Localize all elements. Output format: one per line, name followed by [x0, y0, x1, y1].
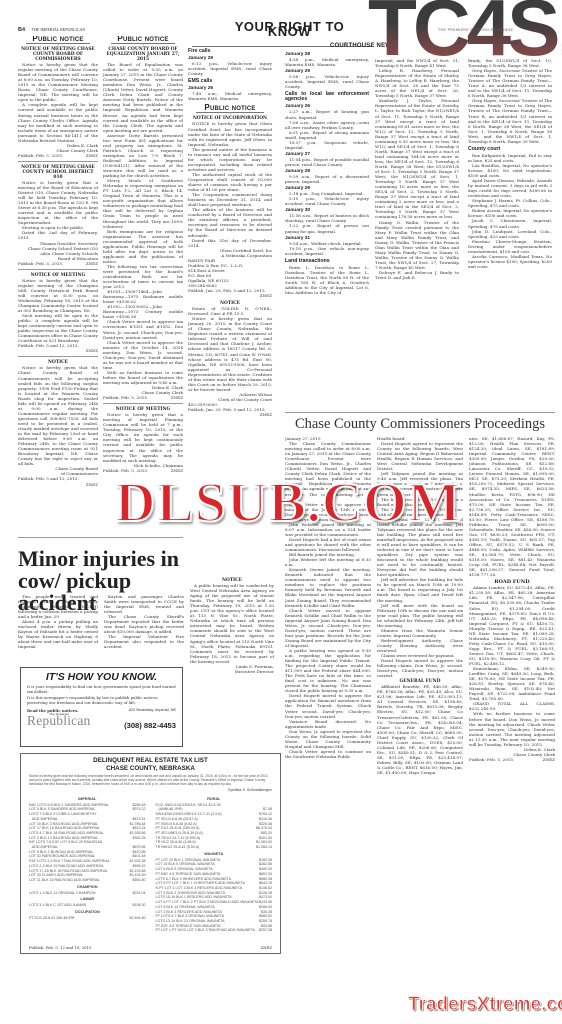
divider [18, 161, 98, 162]
publish-date: Publish: Feb. 5, 2015. [469, 757, 514, 762]
publish-line: Publish: Feb. 5, 2015.ZNEZ [18, 261, 98, 266]
tax-amount: $302.25 [133, 836, 146, 841]
proceedings-paragraph: Minutes from the Wauneta Senior Center, … [377, 628, 463, 638]
call-entry: 4:58 p.m., Medical emergency, Wauneta EM… [285, 57, 369, 67]
tax-amount: $592.80 [133, 878, 146, 883]
land-paragraph: Danny O. Wallin, Trustee of the Family T… [375, 220, 459, 270]
property-description: LOTS 3-4 BLK C 1ST ADD./LAMAR [29, 903, 86, 908]
publish-date: Publish: Feb. 5, 2015. [18, 261, 63, 266]
tax-list-intro: Notice is hereby given that the followin… [29, 774, 272, 787]
notice-paragraph: Notice is hereby given that a meeting of… [18, 180, 98, 225]
notice-paragraph: The Corporation commenced doing business… [188, 192, 272, 207]
column-6: Brady; the S1/2SW1/4 of Sect. 10, Townsh… [468, 58, 552, 410]
ad-headline: IT'S HOW YOU KNOW. [27, 671, 176, 683]
proceedings-paragraph: Variance Board discussed. No appointment… [285, 719, 371, 729]
column-5: Imperial; and the NW1/4 of Sect. 31, Tow… [375, 58, 459, 410]
property-description: TR NW1/2 25-8-41 (5.50 A) [156, 845, 200, 850]
publish-date: Publish: Feb. 5, 12 and 19, 2015 [29, 945, 91, 950]
notice-paragraph: Chuck Vetter moved to approve the minute… [103, 340, 183, 370]
court-entry: Ruben Acosta, Imperial, No operator's li… [468, 208, 552, 218]
tax-section-heading: OCCUPATION [29, 910, 146, 915]
property-description: PT LOT 1 PT W1/2 LOT 2 BLK 3 RAILROAD AD… [156, 928, 255, 933]
court-entry: John D. Lindquist, Loveland Colo., Speed… [468, 229, 552, 239]
publish-date: Publish: Feb. 5, 2015. [18, 153, 63, 158]
call-entry: 5:19 p.m., Vehicle/cow injury accident, … [285, 196, 369, 206]
publish-code: ZNEZ [86, 261, 98, 266]
tax-amount: $2,464.80 [130, 916, 146, 921]
fire-calls-heading: Fire calls [188, 49, 272, 54]
property-description: LOTS 1-4 BLK 11 ORIGINAL CHAMPION [29, 891, 96, 896]
notice-incorporation: NOTICE OF INCORPORATION NOTICE is hereby… [188, 116, 272, 298]
land-paragraph: Kimberly J. Taylor, Personal Representat… [375, 98, 459, 219]
publish-line: Publish: Feb. 5, 2015.ZNEZ [469, 757, 555, 762]
court-entry: Arcelia Carrasco, Mudland Texas, No oper… [468, 254, 552, 269]
tax-row: PT E1/2 28-8-41 266.48 IRR$2,464.80 [29, 916, 146, 921]
proceedings-paragraph: John Webster left the meeting at 8:35 a.… [285, 557, 371, 567]
column-4: January 28 4:58 p.m., Medical emergency,… [285, 50, 369, 410]
article-rule [18, 537, 183, 538]
publish-code: ZNEZ [18, 482, 98, 487]
watermark-top-tagline: THE PREMIERE FOREIGN EXCHANGE [438, 28, 513, 33]
notice-paragraph: Estate of GOLDIE D. O'NEIL, Deceased. Ca… [188, 306, 272, 316]
call-entry: 1:22 p.m., Report of person not paying f… [285, 223, 369, 233]
notice-paragraph: The Board of Equalization was called to … [103, 62, 183, 133]
court-entry: April Dawn Gleason, Palisade, Assault by… [468, 178, 552, 198]
divider [18, 356, 98, 357]
publish-code: ZNEZ [188, 293, 272, 298]
notice-paragraph: The affairs of the business will be cond… [188, 207, 272, 237]
notice-paragraph: With no further business to come before … [103, 370, 183, 385]
tax-list-right: RURALE1/2, NW1/4-N1/2SW1/4, SE1/4 32-5-3… [156, 795, 273, 933]
proceedings-paragraph: David Hogsett moved to approve the appli… [285, 693, 371, 718]
column-1: Public notice NOTICE OF MEETING CHASE CO… [18, 36, 98, 535]
publish-date: Publish: Feb. 5, 2015. [190, 674, 235, 675]
proceedings-paragraph: David Hogsett moved to approve the follo… [377, 658, 463, 678]
notice-paragraph: NOTICE is hereby given that Olsen Certif… [188, 121, 272, 146]
call-entry: 9:54 a.m., Welfare check, Imperial. [285, 241, 369, 246]
notice-paragraph: Dated this 2nd day of February, 2015. [18, 230, 98, 240]
tax-amount: $257.38 [259, 928, 272, 933]
notice-title: CHASE COUNTY BOARD OF EQUALIZATION JANUA… [103, 47, 183, 62]
call-entry: 10:37 p.m., Suspicious vehicle, Imperial… [285, 140, 369, 150]
land-paragraph: Greg Hayes, Successor Trustee of The Ger… [468, 98, 552, 143]
notice-paragraph: Notice is hereby given that a meeting of… [103, 412, 183, 462]
claims-list: nies, SE, $1,666.67; Hazard, Kay, PS, $1… [469, 436, 555, 577]
publish-code: ZNEZ [18, 348, 98, 353]
proceedings-paragraph: David Hogsett had a list of road issues … [285, 537, 371, 552]
article-paragraph: About 4 p.m. a pickup pulling an enclose… [18, 619, 98, 649]
publish-code: ZNEZ [261, 945, 272, 950]
watermark-bottom: TradersXtreme.com [408, 1002, 562, 1007]
divider [18, 269, 98, 270]
notice-paragraph: Notice is hereby given that the Chase Co… [18, 365, 98, 466]
notice-title: NOTICE OF MEETING CHASE COUNTY BOARD OF … [18, 47, 98, 62]
tax-row: LOT 11 BLK 15 RAILROAD ADD./IMPERIAL$592… [29, 878, 146, 883]
court-entry: Stephanie J. Harms, Ft. Collins, Colo., … [468, 198, 552, 208]
notice-paragraph: Notice is hereby given that the regular … [18, 278, 98, 313]
court-entry: Luz Bustillos, Imperial, No operator's l… [468, 163, 552, 178]
publish-code: ZNEZ [188, 412, 272, 417]
notice-paragraph: Mercy Meals of Southwest Nebraska is req… [103, 178, 183, 228]
notice-paragraph: Assessor Dotty Bartels presented two new… [103, 133, 183, 178]
tax-section-heading: WAUNETA [156, 852, 273, 857]
header-rule [196, 111, 264, 113]
tax-section-heading: IMPERIAL [29, 797, 146, 802]
watermark-middle: DLSUB.COM [115, 478, 462, 528]
ad-line-1: It is your responsibility to find out ho… [27, 685, 176, 695]
proceedings-paragraph: Kenneth Owens joined the meeting. Kennet… [285, 567, 371, 607]
notice-paragraph: The authorized capital stock of the Corp… [188, 172, 272, 192]
article-paragraph: Kayton and passenger Charles Smith were … [104, 594, 184, 614]
law-enforcement-heading: Calls to local law enforcement agencies [285, 92, 369, 102]
column-2: Public notice CHASE COUNTY BOARD OF EQUA… [103, 36, 183, 535]
header-rule [111, 42, 175, 44]
county-court-heading: County court [468, 147, 552, 152]
property-description: LOT 11 BLK 15 RAILROAD ADD./IMPERIAL [29, 878, 100, 883]
notice-estate: NOTICE Estate of GOLDIE D. O'NEIL, Decea… [188, 301, 272, 417]
call-entry: 7:06 a.m., Assist other agency—semi all … [285, 120, 369, 130]
proceedings-col-c: nies, SE, $1,666.67; Hazard, Kay, PS, $1… [469, 436, 555, 968]
tax-section-heading: RURAL [156, 797, 273, 802]
call-entry: 6:13 p.m., Vehicle/cow injury accident, … [188, 61, 272, 76]
land-paragraph: Roxie L. Davidson to Roxie L. Davidson, … [285, 265, 369, 295]
ad-address: 622 Broadway, Imperial, NE [129, 708, 176, 713]
notice-meeting-school: NOTICE OF MEETING CHASE COUNTY SCHOOL DI… [18, 165, 98, 266]
proceedings-paragraph: Jeff will advertise the building for bid… [377, 577, 463, 602]
proceedings-paragraph: Chuck Vetter agreed to continue on the S… [285, 749, 371, 759]
notice-title: NOTICE OF MEETING CHASE COUNTY SCHOOL DI… [18, 165, 98, 180]
article-col-a: Two people were treated and released fro… [18, 594, 98, 654]
notice-surplus-bids: NOTICE Notice is hereby given that the C… [18, 360, 98, 486]
tax-list-title: DELINQUENT REAL ESTATE TAX LIST [29, 757, 272, 765]
public-notice-header: Public notice [188, 105, 272, 110]
call-entry: 6:51 p.m., Report of strong ammonia smel… [285, 130, 369, 140]
notice-paragraph: #1052—130130052—John Baronway—1973 Centu… [103, 304, 183, 319]
article-paragraph: The Imperial Volunteer Fire Department a… [104, 634, 184, 649]
publish-code: ZNEZ [262, 674, 274, 675]
court-entry: Faustino Chavez-Monge, Stratton, Driving… [468, 239, 552, 254]
article-col-b: Kayton and passenger Charles Smith were … [104, 594, 184, 654]
divider [103, 403, 183, 404]
notice-paragraph: The general nature of the business is to… [188, 147, 272, 172]
page-number: B4 [18, 27, 25, 33]
claims-list: Kuntzelman, Eldon, SE, $249.30; Loeffler… [469, 666, 555, 701]
call-entry: 11:04 p.m., Report of possible suicidal … [285, 157, 369, 167]
call-entry: 2:27 a.m., Report of hearing gun shots, … [285, 109, 369, 119]
proceedings-paragraph: Jeff will meet with the board on Februar… [377, 603, 463, 628]
publish-code: ZNEZ [86, 153, 98, 158]
ad-phone: (308) 882-4453 [124, 723, 176, 728]
publish-date: Publish: Feb. 5, 2015. [103, 395, 148, 400]
call-entry: 9:39 a.m., Report of a disoriented perso… [285, 174, 369, 184]
ad-line-2: It is this newspaper's responsibility by… [27, 696, 176, 706]
proceedings-rule [285, 412, 555, 413]
call-entry: 5:58 p.m., Vehicle/cow injury accident, … [285, 74, 369, 89]
notice-signature: Chase County School District 010 [18, 246, 98, 251]
call-entry: 11:56 a.m., Report of hunters in ditch s… [285, 213, 369, 223]
tax-section-heading: LAMAR [29, 897, 146, 902]
tax-row: TR NW1/2 25-8-41 (5.50 A)$1,084.14 [156, 845, 273, 850]
tax-row: PT LOT 1 PT W1/2 LOT 2 BLK 3 RAILROAD AD… [156, 928, 273, 933]
logo-small: The Imperial [49, 712, 69, 717]
publication-name: THE IMPERIAL REPUBLICAN [32, 27, 86, 32]
tax-amount: $974.22 [133, 807, 146, 812]
court-entry: Jacob C. Christensen, Imperial, Speeding… [468, 218, 552, 228]
tax-amount: $224.04 [133, 891, 146, 896]
publish-line: Publish: Feb. 5, 2015.ZNEZ [103, 395, 183, 400]
land-paragraph: Delroye E. and Rebecca J. Brady to Trent… [375, 270, 459, 280]
public-notice-header: Public notice [18, 36, 98, 41]
notice-paragraph: Notice is hereby given that on January 2… [188, 316, 272, 392]
notice-paragraph: A complete agenda will be kept current a… [18, 102, 98, 142]
publish-code: ZNEZ [543, 757, 555, 762]
notice-paragraph: Notice is hereby given that the regular … [18, 62, 98, 102]
article-paragraph: The Chase County Sheriff's Department re… [104, 614, 184, 634]
tax-amount: $1,084.14 [256, 845, 272, 850]
notice-planning-commission: NOTICE OF MEETING Notice is hereby given… [103, 407, 183, 473]
grand-total: GRAND TOTAL ALL CLAIMS, $252,249.99. [469, 701, 555, 711]
call-entry: 10:18 p.m., One vehicle non-injury accid… [285, 246, 369, 256]
tax-list-signature: Cynthia S. Schoenberger [29, 788, 272, 793]
notice-paragraph: Both exemptions are for religious organi… [103, 229, 183, 264]
tax-list-publish: Publish: Feb. 5, 12 and 19, 2015 ZNEZ [29, 945, 272, 950]
call-entry: 7:49 a.m., Medical emergency, Wauneta EM… [188, 91, 272, 101]
notice-paragraph: Such meeting will be open to the public.… [18, 313, 98, 343]
notice-paragraph: The following two tax corrections were p… [103, 264, 183, 289]
tax-list-columns: IMPERIALE60' LOTS 6-8 BLK 1 SANDERS ADD.… [29, 795, 272, 933]
tax-amount: $108.30 [133, 903, 146, 908]
column-3: Fire calls January 29 6:13 p.m., Vehicle… [188, 36, 272, 536]
notice-public-hearing: NOTICE A public hearing will be conducte… [190, 575, 274, 675]
notice-board-equalization: CHASE COUNTY BOARD OF EQUALIZATION JANUA… [103, 47, 183, 400]
proceedings-paragraph: David Hogsett agreed to represent the Co… [377, 441, 463, 471]
tax-list-left: IMPERIALE60' LOTS 6-8 BLK 1 SANDERS ADD.… [29, 795, 146, 933]
proceedings-paragraph: Redevelopment Authority, Chase County Ho… [377, 638, 463, 653]
ems-calls-heading: EMS calls [188, 79, 272, 84]
notice-meeting-commissioners: NOTICE OF MEETING CHASE COUNTY BOARD OF … [18, 47, 98, 158]
notice-paragraph: Dated this 31st day of December, 2014. [188, 238, 272, 248]
tax-list-subtitle: CHASE COUNTY, NEBRASKA [29, 765, 272, 773]
header-rule [26, 42, 90, 44]
article-paragraph: Two people were treated and released fro… [18, 594, 98, 619]
notice-meeting-champion: NOTICE OF MEETING Notice is hereby given… [18, 273, 98, 354]
masthead: B4 THE IMPERIAL REPUBLICAN [18, 27, 85, 33]
newspaper-logo: The Imperial Republican [27, 714, 90, 728]
court-entry: Rex Kirkpatrick, Imperial, Fail to stay … [468, 153, 552, 163]
ad-logo-row: The Imperial Republican (308) 882-4453 [27, 714, 176, 728]
claims-list: Affiliated Benefits, PE, $46.50; Aflac, … [377, 684, 463, 775]
section-title: Your right to know [212, 24, 367, 34]
tax-row: LOTS 3-4 BLK C 1ST ADD./LAMAR$108.30 [29, 903, 146, 908]
public-notice-ad: IT'S HOW YOU KNOW. It is your responsibi… [20, 667, 183, 747]
land-transactions-heading: Land transactions [285, 259, 369, 264]
proceedings-paragraph: Chuck Vetter moved to appoint Kenneth Sc… [285, 608, 371, 648]
land-paragraph: LeRoy R. Haarberg, Personal Representati… [375, 68, 459, 98]
publish-line: Publish: Feb. 5, 2015.ZNEZ [190, 674, 274, 675]
publish-code: ZNEZ [171, 395, 183, 400]
land-paragraph: Greg Hayes, Successor Trustee of The Ger… [468, 68, 552, 98]
publish-line: Publish: Feb. 5, 2015.ZNEZ [18, 153, 98, 158]
public-notice-header: Public notice [103, 36, 183, 41]
tax-row: LOTS 1-4 BLK 11 ORIGINAL CHAMPION$224.04 [29, 891, 146, 896]
proceedings-paragraph: A public hearing was opened at 9:30 a.m.… [285, 648, 371, 693]
proceedings-paragraph: With no further business to come before … [469, 711, 555, 746]
notice-paragraph: #1051—130071464—John Baronway—1973 Rushm… [103, 289, 183, 304]
proceedings-paragraph: Don Weiss, Jr. agreed to represent the C… [285, 729, 371, 749]
property-description: PT E1/2 28-8-41 266.48 IRR [29, 916, 74, 921]
claims-list: Adams Lumber, SU, $372.45; Aflac, PE, $1… [469, 585, 555, 666]
tax-list-box: DELINQUENT REAL ESTATE TAX LIST CHASE CO… [20, 753, 281, 954]
notice-paragraph: A public hearing will be conducted by We… [190, 583, 274, 664]
tax-section-heading: CHAMPION [29, 885, 146, 890]
proceedings-headline: Chase County Commissioners Proceedings [285, 416, 555, 432]
notice-paragraph: Chuck Vetter moved to approve tax correc… [103, 319, 183, 339]
